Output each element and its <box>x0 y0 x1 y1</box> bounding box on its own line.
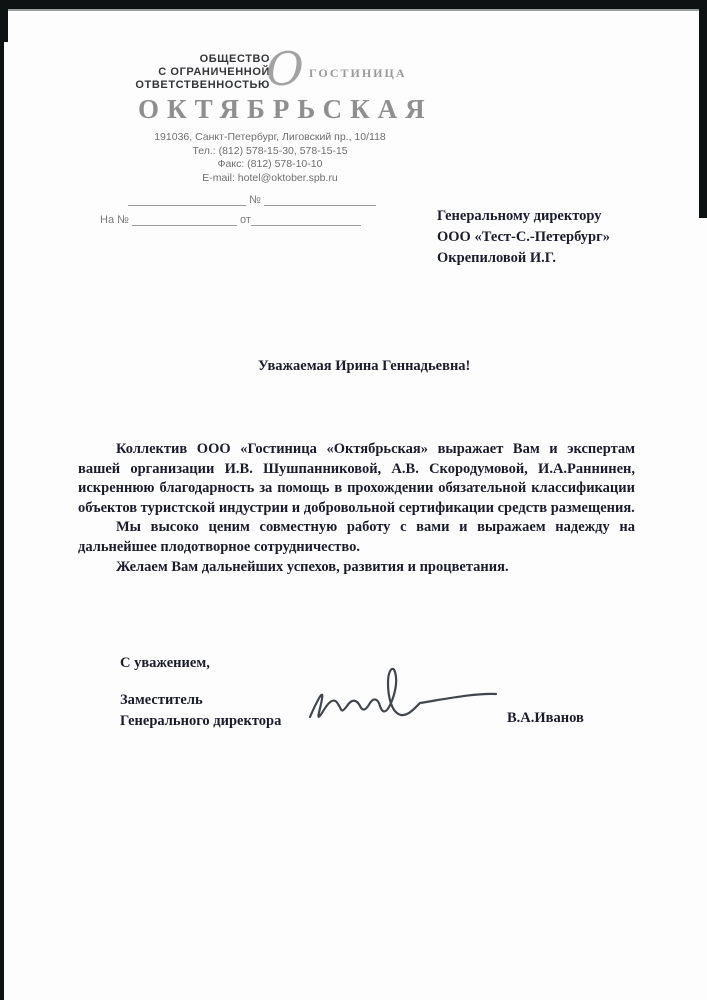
contact-block: 191036, Санкт-Петербург, Лиговский пр., … <box>90 131 450 185</box>
closing-line: С уважением, <box>120 655 210 672</box>
reference-blank-line <box>132 214 237 226</box>
recipient-name: Окрепиловой И.Г. <box>437 248 687 269</box>
reference-blank-line <box>128 194 246 206</box>
recipient-position: Генеральному директору <box>437 206 687 227</box>
reference-blank-line <box>264 194 376 206</box>
hotel-logo-word: ГОСТИНИЦА <box>309 66 407 81</box>
salutation: Уважаемая Ирина Геннадьевна! <box>258 358 470 375</box>
body-paragraph-1: Коллектив ООО «Гостиница «Октябрьская» в… <box>78 440 635 518</box>
org-type-line2: С ОГРАНИЧЕННОЙ <box>60 66 270 79</box>
recipient-company: ООО «Тест-С.-Петербург» <box>437 227 687 248</box>
contact-fax: Факс: (812) 578-10-10 <box>90 158 450 172</box>
reference-number-row: № <box>128 194 376 206</box>
scan-right-border <box>699 0 707 218</box>
scanned-letter-page: ОБЩЕСТВО С ОГРАНИЧЕННОЙ ОТВЕТСТВЕННОСТЬЮ… <box>0 0 707 1000</box>
body-paragraph-2: Мы высоко ценим совместную работу с вами… <box>78 518 635 557</box>
hotel-logo-initial-icon: О <box>266 42 304 96</box>
from-label: от <box>240 214 251 226</box>
on-number-label: На № <box>100 214 129 226</box>
reference-reply-row: На № от <box>100 214 361 226</box>
org-type-block: ОБЩЕСТВО С ОГРАНИЧЕННОЙ ОТВЕТСТВЕННОСТЬЮ <box>60 53 270 92</box>
contact-address: 191036, Санкт-Петербург, Лиговский пр., … <box>90 131 450 145</box>
recipient-block: Генеральному директору ООО «Тест-С.-Пете… <box>437 206 687 269</box>
number-label: № <box>249 194 261 206</box>
reference-blank-line <box>251 214 361 226</box>
org-type-line1: ОБЩЕСТВО <box>60 53 270 66</box>
signer-name: В.А.Иванов <box>507 710 584 727</box>
org-type-line3: ОТВЕТСТВЕННОСТЬЮ <box>60 79 270 92</box>
body-paragraph-3: Желаем Вам дальнейших успехов, развития … <box>78 558 635 578</box>
hotel-name: ОКТЯБРЬСКАЯ <box>138 94 448 125</box>
handwritten-signature <box>300 653 505 738</box>
contact-email: E-mail: hotel@oktober.spb.ru <box>90 172 450 186</box>
contact-phone: Тел.: (812) 578-15-30, 578-15-15 <box>90 145 450 159</box>
scan-top-border <box>0 0 707 11</box>
letter-body: Коллектив ООО «Гостиница «Октябрьская» в… <box>78 440 635 577</box>
scan-left-border <box>0 0 4 1000</box>
